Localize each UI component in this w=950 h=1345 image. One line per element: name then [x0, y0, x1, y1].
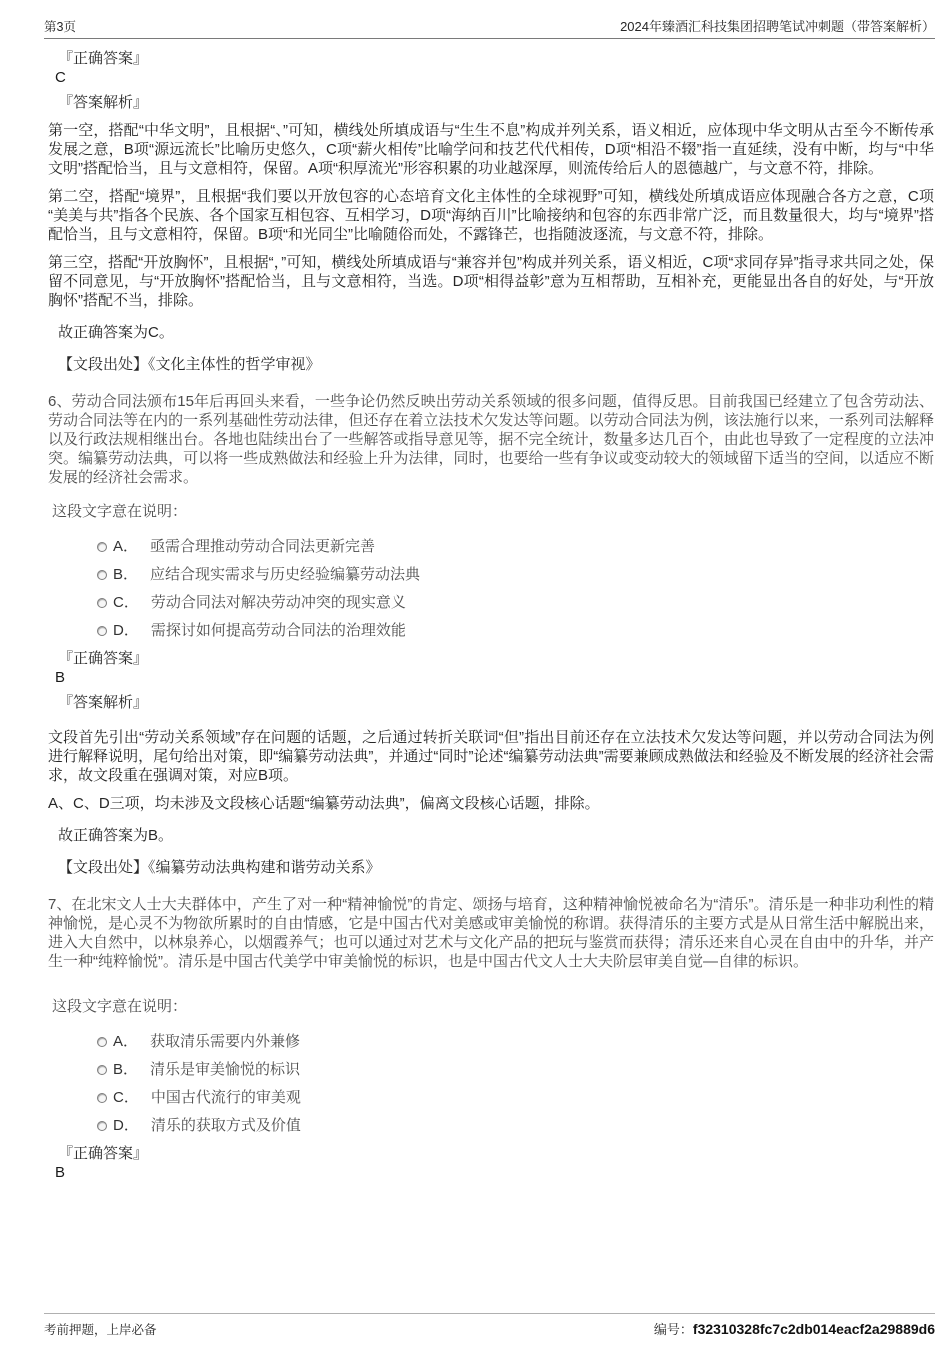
- option-text: 亟需合理推动劳动合同法更新完善: [150, 537, 375, 556]
- option-row-b[interactable]: B． 清乐是审美愉悦的标识: [48, 1060, 934, 1079]
- radio-button-icon[interactable]: [97, 1037, 107, 1047]
- option-row-c[interactable]: C． 劳动合同法对解决劳动冲突的现实意义: [48, 593, 934, 612]
- option-letter: B．: [113, 565, 138, 584]
- option-text: 清乐的获取方式及价值: [151, 1116, 301, 1135]
- option-letter: D．: [113, 621, 139, 640]
- correct-answer-label: 『正确答案』: [58, 49, 934, 68]
- question7-options: A． 获取清乐需要内外兼修 B． 清乐是审美愉悦的标识 C． 中国古代流行的审美…: [48, 1032, 934, 1135]
- radio-button-icon[interactable]: [97, 1121, 107, 1131]
- document-title: 2024年臻酒汇科技集团招聘笔试冲刺题（带答案解析）: [620, 16, 935, 35]
- analysis-paragraph: A、C、D三项，均未涉及文段核心话题“编纂劳动法典”，偏离文段核心话题，排除。: [48, 794, 934, 813]
- question6-options: A． 亟需合理推动劳动合同法更新完善 B． 应结合现实需求与历史经验编纂劳动法典…: [48, 537, 934, 640]
- option-text: 需探讨如何提高劳动合同法的治理效能: [151, 621, 406, 640]
- correct-answer-label: 『正确答案』: [58, 1144, 934, 1163]
- code-label: 编号：: [654, 1322, 693, 1337]
- analysis-paragraph: 第三空，搭配“开放胸怀”，且根据“，”可知，横线处所填成语与“兼容并包”构成并列…: [48, 253, 934, 310]
- option-text: 应结合现实需求与历史经验编纂劳动法典: [150, 565, 420, 584]
- page-header: 第3页 2024年臻酒汇科技集团招聘笔试冲刺题（带答案解析）: [44, 16, 935, 39]
- document-code: 编号：f32310328fc7c2db014eacf2a29889d6: [654, 1319, 935, 1338]
- source-reference: 【文段出处】《文化主体性的哲学审视》: [58, 355, 934, 374]
- radio-button-icon[interactable]: [97, 542, 107, 552]
- option-text: 清乐是审美愉悦的标识: [150, 1060, 300, 1079]
- option-row-d[interactable]: D． 清乐的获取方式及价值: [48, 1116, 934, 1135]
- option-row-b[interactable]: B． 应结合现实需求与历史经验编纂劳动法典: [48, 565, 934, 584]
- option-letter: A．: [113, 537, 138, 556]
- radio-button-icon[interactable]: [97, 570, 107, 580]
- option-letter: A．: [113, 1032, 138, 1051]
- option-text: 劳动合同法对解决劳动冲突的现实意义: [151, 593, 406, 612]
- option-letter: B．: [113, 1060, 138, 1079]
- option-text: 中国古代流行的审美观: [151, 1088, 301, 1107]
- option-letter: C．: [113, 593, 139, 612]
- radio-button-icon[interactable]: [97, 626, 107, 636]
- radio-button-icon[interactable]: [97, 1093, 107, 1103]
- analysis-label: 『答案解析』: [58, 93, 934, 112]
- question6-section: 6、劳动合同法颁布15年后再回头来看，一些争论仍然反映出劳动关系领域的很多问题，…: [48, 392, 934, 877]
- question7-stem: 7、在北宋文人士大夫群体中，产生了对一种“精神愉悦”的肯定、颂扬与培育，这种精神…: [48, 895, 934, 971]
- footer-slogan: 考前押题，上岸必备: [44, 1320, 157, 1338]
- analysis-paragraph: 文段首先引出“劳动关系领域”存在问题的话题，之后通过转折关联词“但”指出目前还存…: [48, 728, 934, 785]
- analysis-paragraph: 第二空，搭配“境界”，且根据“我们要以开放包容的心态培育文化主体性的全球视野”可…: [48, 187, 934, 244]
- radio-button-icon[interactable]: [97, 598, 107, 608]
- option-letter: C．: [113, 1088, 139, 1107]
- correct-answer-value: B: [55, 668, 934, 687]
- option-text: 获取清乐需要内外兼修: [150, 1032, 300, 1051]
- page-footer: 考前押题，上岸必备 编号：f32310328fc7c2db014eacf2a29…: [44, 1313, 935, 1338]
- analysis-label: 『答案解析』: [58, 693, 934, 712]
- option-row-a[interactable]: A． 亟需合理推动劳动合同法更新完善: [48, 537, 934, 556]
- question6-stem: 6、劳动合同法颁布15年后再回头来看，一些争论仍然反映出劳动关系领域的很多问题，…: [48, 392, 934, 487]
- page-content: 『正确答案』 C 『答案解析』 第一空，搭配“中华文明”，且根据“、”可知，横线…: [48, 44, 934, 1182]
- source-reference: 【文段出处】《编纂劳动法典构建和谐劳动关系》: [58, 858, 934, 877]
- option-letter: D．: [113, 1116, 139, 1135]
- question6-prompt: 这段文字意在说明：: [52, 502, 934, 521]
- option-row-c[interactable]: C． 中国古代流行的审美观: [48, 1088, 934, 1107]
- conclusion-text: 故正确答案为B。: [58, 826, 934, 845]
- question5-answer-section: 『正确答案』 C 『答案解析』 第一空，搭配“中华文明”，且根据“、”可知，横线…: [48, 49, 934, 374]
- option-row-d[interactable]: D． 需探讨如何提高劳动合同法的治理效能: [48, 621, 934, 640]
- document-page: 第3页 2024年臻酒汇科技集团招聘笔试冲刺题（带答案解析） 『正确答案』 C …: [0, 0, 950, 1345]
- radio-button-icon[interactable]: [97, 1065, 107, 1075]
- analysis-paragraph: 第一空，搭配“中华文明”，且根据“、”可知，横线处所填成语与“生生不息”构成并列…: [48, 121, 934, 178]
- question7-section: 7、在北宋文人士大夫群体中，产生了对一种“精神愉悦”的肯定、颂扬与培育，这种精神…: [48, 895, 934, 1182]
- correct-answer-value: C: [55, 68, 934, 87]
- page-number: 第3页: [44, 17, 76, 35]
- correct-answer-value: B: [55, 1163, 934, 1182]
- option-row-a[interactable]: A． 获取清乐需要内外兼修: [48, 1032, 934, 1051]
- correct-answer-label: 『正确答案』: [58, 649, 934, 668]
- conclusion-text: 故正确答案为C。: [58, 323, 934, 342]
- question7-prompt: 这段文字意在说明：: [52, 997, 934, 1016]
- code-value: f32310328fc7c2db014eacf2a29889d6: [693, 1321, 935, 1337]
